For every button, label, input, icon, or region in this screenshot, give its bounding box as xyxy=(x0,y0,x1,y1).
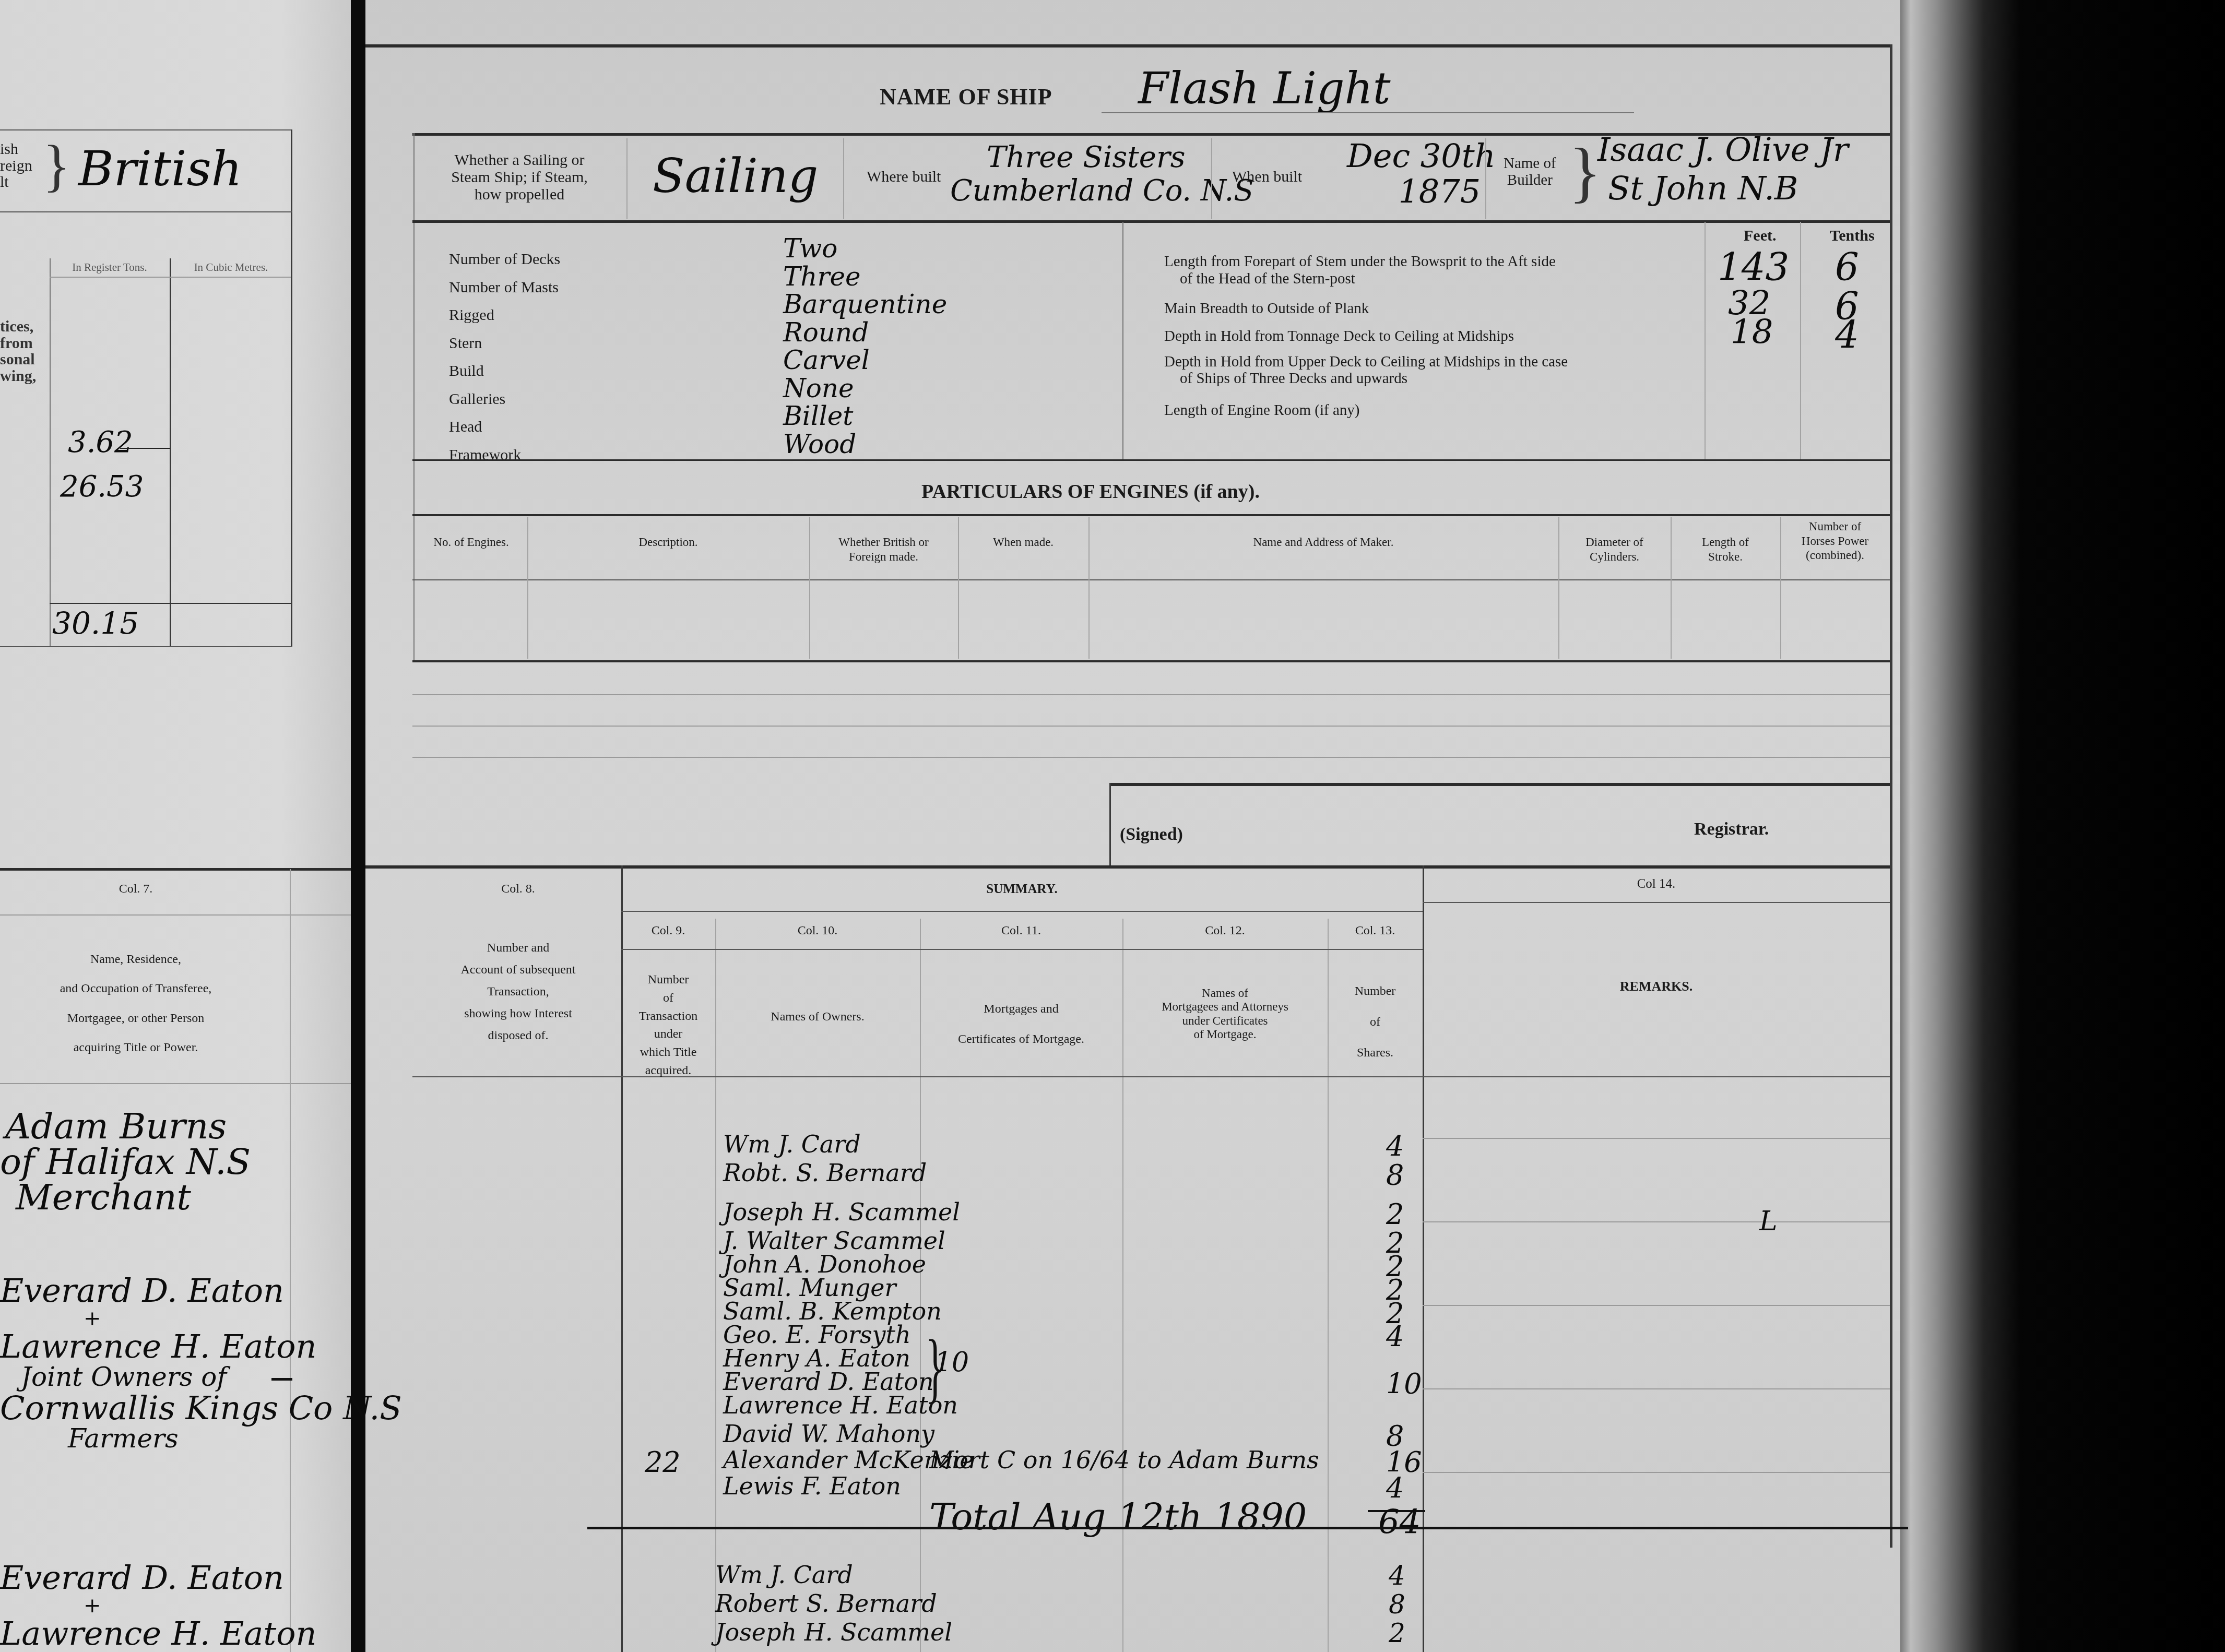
engine-header-1: Description. xyxy=(527,535,809,550)
dimension-depth-label: Depth in Hold from Tonnage Deck to Ceili… xyxy=(1164,328,1514,345)
builder-value: Isaac J. Olive Jr St John N.B xyxy=(1597,130,1849,208)
col7-label: Col. 7. xyxy=(0,882,271,896)
when-built-label: When built xyxy=(1232,168,1302,186)
head-value: Billet xyxy=(783,402,947,431)
summary-label: SUMMARY. xyxy=(621,882,1423,897)
engine-header-6: Length ofStroke. xyxy=(1671,535,1780,564)
col9-label: Col. 9. xyxy=(621,924,715,938)
propulsion-value: Sailing xyxy=(653,149,818,204)
col12-header: Names of Mortgagees and Attorneys under … xyxy=(1122,987,1328,1042)
owner-name: Wm J. Card xyxy=(715,1561,853,1589)
dimension-length-tenths: 6 xyxy=(1835,245,1859,289)
col7-entry-3: Everard D. Eaton + Lawrence H. Eaton xyxy=(0,1561,316,1650)
owner-name: Lawrence H. Eaton xyxy=(723,1391,958,1419)
owner-shares: 2 xyxy=(1386,1198,1404,1231)
tonnage-value-1: 3.62 xyxy=(68,425,133,459)
decks-value: Two xyxy=(783,235,947,263)
rigged-value: Barquentine xyxy=(783,291,947,319)
tonnage-value-2: 26.53 xyxy=(60,470,144,504)
owner-name: Joseph H. Scammel xyxy=(715,1618,952,1646)
engines-title: PARTICULARS OF ENGINES (if any). xyxy=(921,480,1260,503)
transaction-number: 22 xyxy=(645,1446,681,1479)
where-built-value: Three Sisters Cumberland Co. N.S xyxy=(950,141,1254,208)
total-label: Total Aug 12th 1890 xyxy=(929,1495,1307,1538)
framework-value: Wood xyxy=(783,431,947,459)
dimension-depth-tenths: 4 xyxy=(1835,313,1859,357)
col11-label: Col. 11. xyxy=(920,924,1122,938)
particulars-values: Two Three Barquentine Round Carvel None … xyxy=(783,235,947,458)
owner-name: Robt. S. Bernard xyxy=(723,1159,927,1187)
dimension-depth-feet: 18 xyxy=(1731,313,1773,352)
page-edge-shadow xyxy=(1900,0,2225,1652)
col10-header: Names of Owners. xyxy=(715,1010,920,1024)
where-built-label: Where built xyxy=(867,168,941,186)
remarks-mark: L xyxy=(1759,1206,1778,1237)
remarks-header: REMARKS. xyxy=(1423,979,1890,994)
owner-shares: 8 xyxy=(1389,1589,1405,1620)
owner-name: Robert S. Bernard xyxy=(715,1589,937,1618)
owner-shares: 2 xyxy=(1389,1618,1405,1648)
total-shares: 64 xyxy=(1378,1503,1421,1542)
col10-label: Col. 10. xyxy=(715,924,920,938)
engine-header-3: When made. xyxy=(958,535,1088,550)
col9-header: Number of Transaction under which Title … xyxy=(621,971,715,1080)
col7-entry-1: Adam Burns of Halifax N.S Merchant xyxy=(5,1109,251,1216)
particulars-labels: Number of Decks Number of Masts Rigged S… xyxy=(449,245,560,469)
col7-entry-2: Everard D. Eaton + Lawrence H. Eaton Joi… xyxy=(0,1274,402,1452)
galleries-value: None xyxy=(783,375,947,403)
owner-shares: 8 xyxy=(1386,1159,1404,1192)
col13-header: Number of Shares. xyxy=(1328,976,1423,1068)
engine-header-4: Name and Address of Maker. xyxy=(1088,535,1558,550)
owner-name: David W. Mahony xyxy=(723,1420,934,1448)
col7-header: Name, Residence, and Occupation of Trans… xyxy=(0,945,271,1063)
dimension-length-feet: 143 xyxy=(1718,245,1789,289)
propulsion-label: Whether a Sailing or Steam Ship; if Stea… xyxy=(418,151,621,203)
build-value: Carvel xyxy=(783,347,947,375)
col8-header: Number and Account of subsequent Transac… xyxy=(418,937,619,1047)
col11-header: Mortgages and Certificates of Mortgage. xyxy=(920,994,1122,1054)
side-text-fragment: tices, from sonal wing, xyxy=(0,318,36,384)
name-of-ship-value: Flash Light xyxy=(1138,63,1390,114)
name-of-ship-label: NAME OF SHIP xyxy=(880,84,1052,110)
registrar-label: Registrar. xyxy=(1694,819,1769,839)
mortgage-entry: Mort C on 16/64 to Adam Burns xyxy=(929,1446,1319,1474)
british-foreign-label-fragment: ish reign lt xyxy=(0,141,32,191)
owner-name: Lewis F. Eaton xyxy=(723,1472,901,1500)
tenths-header: Tenths xyxy=(1830,227,1875,245)
owner-shares: 4 xyxy=(1389,1561,1405,1591)
dimension-breadth-label: Main Breadth to Outside of Plank xyxy=(1164,300,1369,317)
stern-value: Round xyxy=(783,319,947,347)
owner-shares: 10 xyxy=(1386,1368,1422,1400)
col13-label: Col. 13. xyxy=(1328,924,1423,938)
owner-name: Wm J. Card xyxy=(723,1130,861,1158)
british-foreign-value: British xyxy=(78,141,242,197)
owner-shares: 4 xyxy=(1386,1472,1404,1505)
engine-header-2: Whether British orForeign made. xyxy=(809,535,958,564)
tonnage-total: 30.15 xyxy=(52,605,139,641)
engine-header-7: Number ofHorses Power(combined). xyxy=(1780,519,1890,563)
tonnage-header-register: In Register Tons. xyxy=(52,261,167,274)
bracket-note: 10 xyxy=(934,1347,969,1378)
col8-label: Col. 8. xyxy=(418,882,619,896)
col14-label: Col 14. xyxy=(1423,877,1890,892)
dimension-upper-deck-label: Depth in Hold from Upper Deck to Ceiling… xyxy=(1164,354,1568,387)
owner-shares: 4 xyxy=(1386,1321,1404,1353)
col12-label: Col. 12. xyxy=(1122,924,1328,938)
builder-label: Name of Builder xyxy=(1504,156,1556,189)
dimension-engine-room-label: Length of Engine Room (if any) xyxy=(1164,402,1360,419)
masts-value: Three xyxy=(783,263,947,291)
engine-header-5: Diameter ofCylinders. xyxy=(1558,535,1671,564)
signed-label: (Signed) xyxy=(1120,825,1183,845)
owner-shares: 4 xyxy=(1386,1130,1404,1163)
engine-header-0: No. of Engines. xyxy=(415,535,527,550)
feet-header: Feet. xyxy=(1744,227,1776,245)
dimension-length-label: Length from Forepart of Stem under the B… xyxy=(1164,253,1556,288)
when-built-value: Dec 30th 1875 xyxy=(1347,138,1496,209)
owner-name: Joseph H. Scammel xyxy=(723,1198,960,1226)
tonnage-header-cubic: In Cubic Metres. xyxy=(172,261,290,274)
